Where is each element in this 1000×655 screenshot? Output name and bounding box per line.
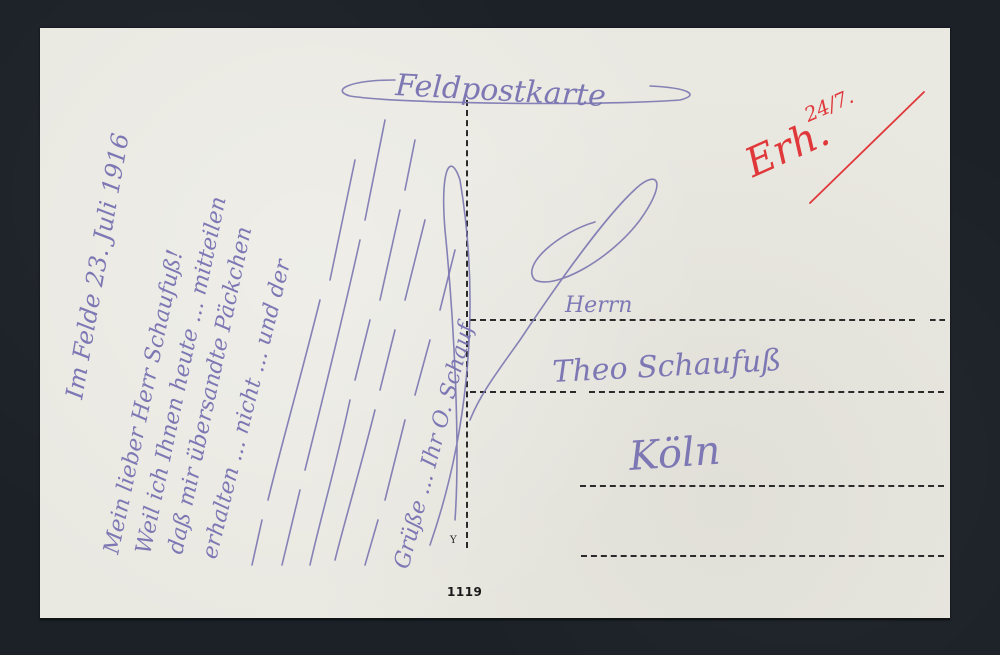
received-annotation: Erh. 24/7. [733, 84, 871, 187]
message-line-6 [282, 120, 385, 565]
stray-mark: Y [449, 535, 457, 546]
address-name: Theo Schaufuß [552, 343, 783, 390]
annotation-date: 24/7. [800, 84, 858, 127]
feldpostkarte-text: Feldpostkarte [394, 68, 607, 114]
address-block: Herrn Theo Schaufuß Köln [470, 179, 782, 480]
feldpostkarte-header: Feldpostkarte [342, 68, 690, 114]
message-block: Im Felde 23. Juli 1916 Mein lieber Herr … [60, 120, 480, 572]
message-date-line: Im Felde 23. Juli 1916 [60, 131, 134, 402]
address-salutation: Herrn [564, 293, 632, 318]
message-line-7 [310, 140, 415, 565]
address-city: Köln [626, 428, 721, 480]
handwriting-layer: Feldpostkarte Erh. 24/7. Herrn Theo Scha… [0, 0, 1000, 655]
message-closing: Grüße ... Ihr O. Schauf [390, 317, 481, 572]
